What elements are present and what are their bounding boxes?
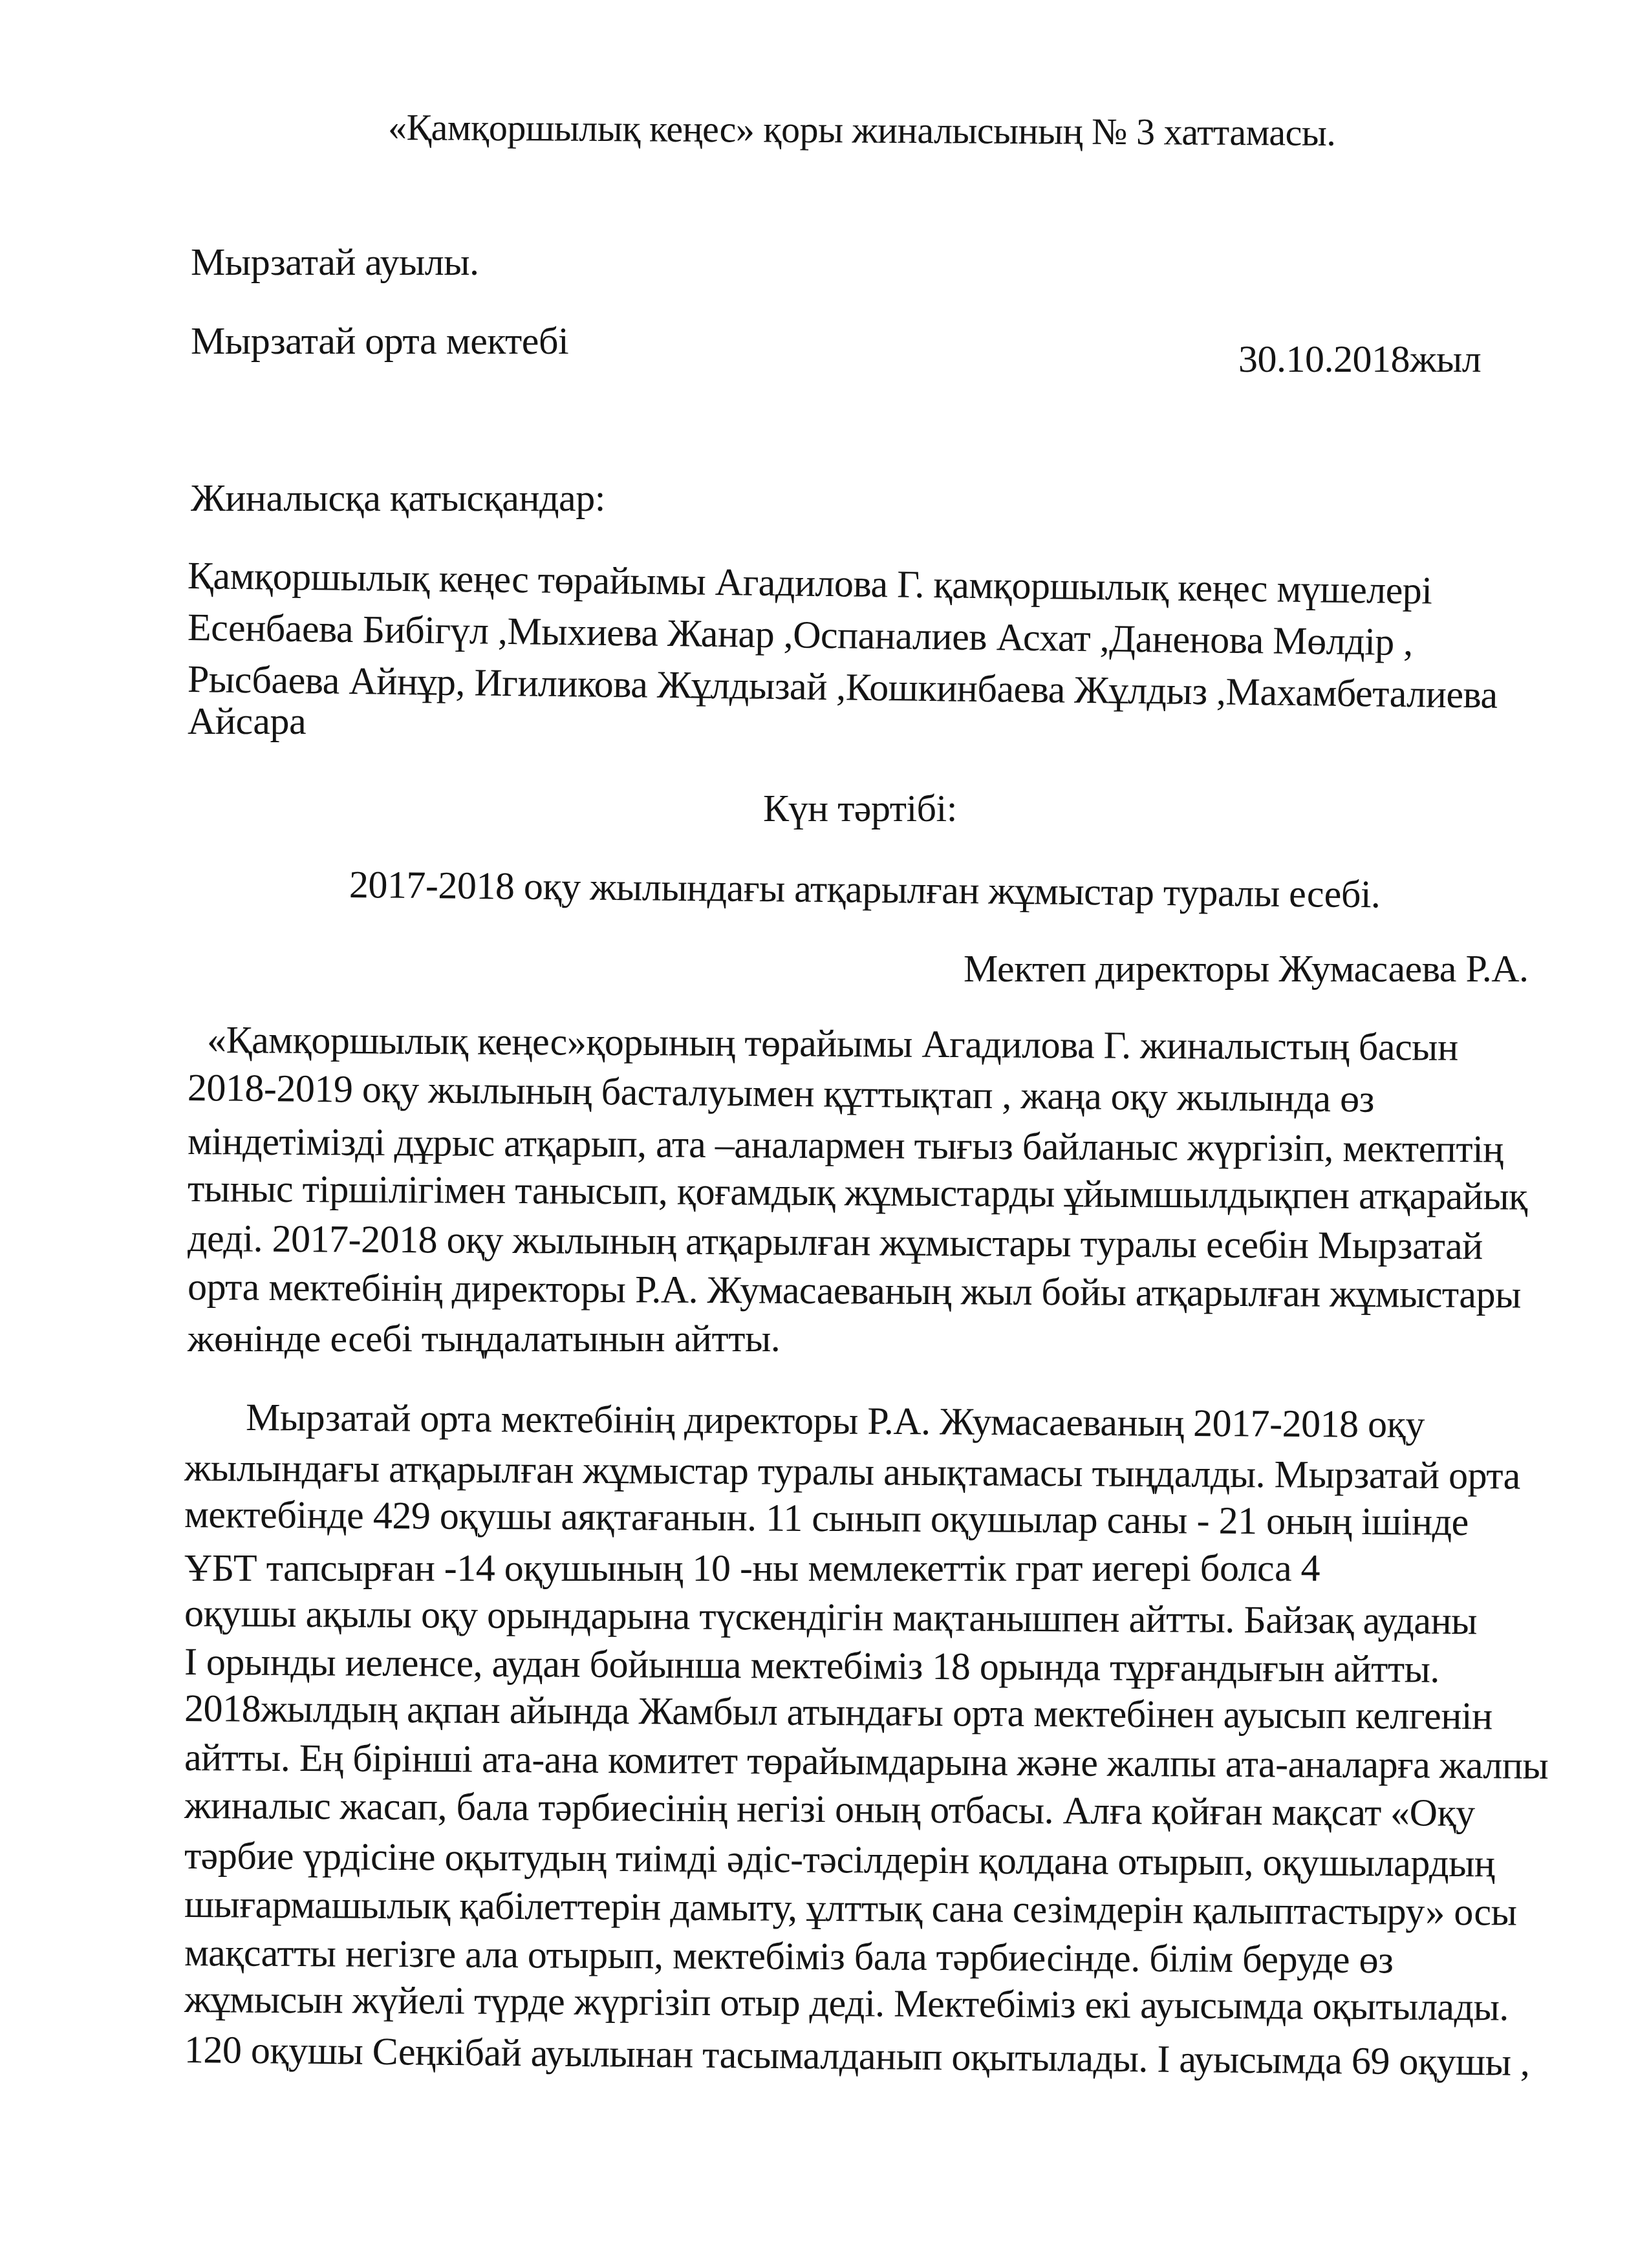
paragraph-line: тыныс тіршілігімен танысып, қоғамдық жұм… <box>188 1169 1527 1216</box>
paragraph-line: жөнінде есебі тыңдалатынын айтты. <box>188 1319 780 1358</box>
attendees-line: Есенбаева Бибігүл ,Мыхиева Жанар ,Оспана… <box>188 608 1414 661</box>
document-date: 30.10.2018жыл <box>1238 339 1481 378</box>
agenda-item: 2017-2018 оқу жылындағы атқарылған жұмыс… <box>349 865 1381 914</box>
scanned-document-page: «Қамқоршылық кеңес» қоры жиналысының № 3… <box>0 0 1649 2268</box>
paragraph-line: шығармашылық қабілеттерін дамыту, ұлттық… <box>184 1885 1517 1932</box>
paragraph-line: айтты. Ең бірінші ата-ана комитет төрайы… <box>184 1738 1549 1785</box>
paragraph-line: мектебінде 429 оқушы аяқтағанын. 11 сыны… <box>184 1495 1469 1541</box>
paragraph-line: міндетімізді дұрыс атқарып, ата –аналарм… <box>188 1122 1503 1168</box>
document-title: «Қамқоршылық кеңес» қоры жиналысының № 3… <box>388 109 1336 152</box>
paragraph-line: жиналыс жасап, бала тәрбиесінің негізі о… <box>184 1786 1475 1832</box>
attendees-line: Айсара <box>188 701 306 740</box>
paragraph-line: деді. 2017-2018 оқу жылының атқарылған ж… <box>188 1219 1483 1265</box>
attendees-line: Қамқоршылық кеңес төрайымы Агадилова Г. … <box>188 556 1432 610</box>
paragraph-line: оқушы ақылы оқу орындарына түскендігін м… <box>184 1594 1477 1640</box>
paragraph-line: 2018жылдың ақпан айында Жамбыл атындағы … <box>184 1689 1493 1735</box>
paragraph-line: орта мектебінің директоры Р.А. Жумасаева… <box>188 1267 1521 1314</box>
school-name: Мырзатай орта мектебі <box>191 321 568 360</box>
paragraph-line: Мырзатай орта мектебінің директоры Р.А. … <box>246 1398 1425 1444</box>
agenda-speaker: Мектеп директоры Жумасаева Р.А. <box>964 949 1529 988</box>
paragraph-line: 2018-2019 оқу жылының басталуымен құттық… <box>188 1068 1374 1118</box>
village-name: Мырзатай ауылы. <box>191 242 479 281</box>
paragraph-line: жылындағы атқарылған жұмыстар туралы аны… <box>184 1448 1520 1495</box>
attendees-heading: Жиналысқа қатысқандар: <box>191 478 605 517</box>
paragraph-line: «Қамқоршылық кеңес»қорының төрайымы Агад… <box>207 1020 1458 1067</box>
paragraph-line: мақсатты негізге ала отырып, мектебіміз … <box>184 1933 1394 1979</box>
paragraph-line: ҰБТ тапсырған -14 оқушының 10 -ны мемлек… <box>184 1548 1320 1587</box>
paragraph-line: жұмысын жүйелі түрде жүргізіп отыр деді.… <box>184 1980 1509 2027</box>
paragraph-line: I орынды иеленсе, аудан бойынша мектебім… <box>184 1642 1439 1689</box>
paragraph-line: тәрбие үрдісіне оқытудың тиімді әдіс-тәс… <box>184 1836 1495 1883</box>
agenda-heading: Күн тәртібі: <box>763 789 957 828</box>
paragraph-line: 120 оқушы Сеңкібай ауылынан тасымалданып… <box>184 2030 1530 2082</box>
attendees-line: Рысбаева Айнұр, Игиликова Жұлдызай ,Кошк… <box>188 659 1498 714</box>
